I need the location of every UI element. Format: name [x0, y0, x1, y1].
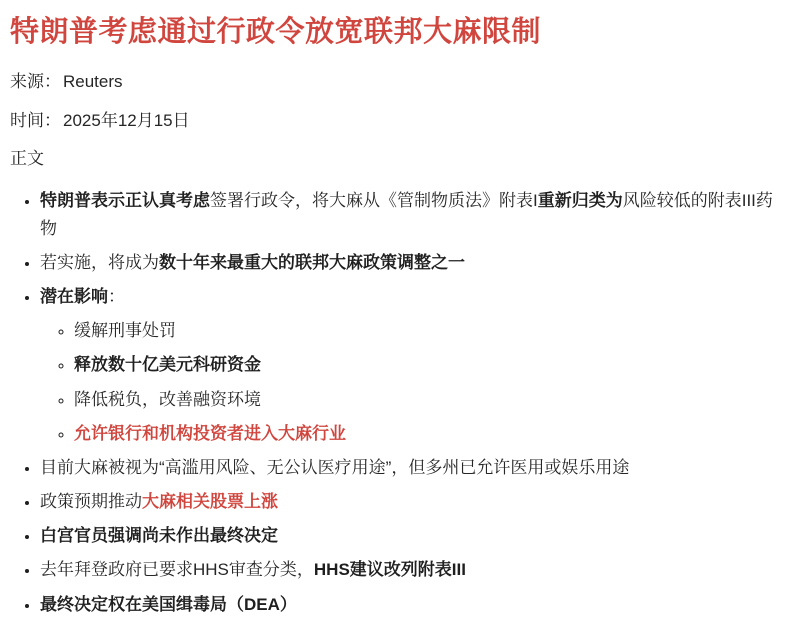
text-segment: 特朗普表示正认真考虑 [40, 191, 210, 210]
source-value: Reuters [63, 72, 123, 91]
list-item: 去年拜登政府已要求HHS审查分类，HHS建议改列附表III [40, 556, 788, 583]
text-segment: 数十年来最重大的联邦大麻政策调整之一 [159, 253, 465, 272]
list-item: 允许银行和机构投资者进入大麻行业 [74, 420, 788, 447]
date-value: 2025年12月15日 [63, 111, 190, 130]
list-item: 降低税负，改善融资环境 [74, 386, 788, 413]
article-bullet-list: 特朗普表示正认真考虑签署行政令，将大麻从《管制物质法》附表I重新归类为风险较低的… [10, 187, 788, 617]
list-item: 缓解刑事处罚 [74, 317, 788, 344]
body-section-label: 正文 [10, 149, 788, 169]
list-item: 潜在影响：缓解刑事处罚释放数十亿美元科研资金降低税负，改善融资环境允许银行和机构… [40, 283, 788, 447]
text-segment: 潜在影响 [40, 287, 108, 306]
sub-bullet-list: 缓解刑事处罚释放数十亿美元科研资金降低税负，改善融资环境允许银行和机构投资者进入… [40, 317, 788, 447]
text-segment: 降低税负，改善融资环境 [74, 390, 261, 409]
text-segment: 重新归类为 [538, 191, 623, 210]
list-item: 白宫官员强调尚未作出最终决定 [40, 522, 788, 549]
source-label: 来源： [10, 72, 61, 91]
text-segment: 签署行政令，将大麻从《管制物质法》附表I [210, 191, 538, 210]
list-item: 政策预期推动大麻相关股票上涨 [40, 488, 788, 515]
text-segment: 最终决定权在美国缉毒局（DEA） [40, 595, 297, 614]
text-segment: 大麻相关股票上涨 [142, 492, 278, 511]
text-segment: 若实施，将成为 [40, 253, 159, 272]
list-item: 目前大麻被视为“高滥用风险、无公认医疗用途”，但多州已允许医用或娱乐用途 [40, 454, 788, 481]
text-segment: 目前大麻被视为“高滥用风险、无公认医疗用途”，但多州已允许医用或娱乐用途 [40, 458, 629, 477]
source-line: 来源：Reuters [10, 72, 788, 92]
list-item: 最终决定权在美国缉毒局（DEA） [40, 591, 788, 618]
text-segment: 去年拜登政府已要求HHS审查分类， [40, 560, 314, 579]
date-label: 时间： [10, 111, 61, 130]
list-item: 释放数十亿美元科研资金 [74, 351, 788, 378]
text-segment: 释放数十亿美元科研资金 [74, 355, 261, 374]
text-segment: HHS建议改列附表III [314, 560, 466, 579]
list-item: 若实施，将成为数十年来最重大的联邦大麻政策调整之一 [40, 249, 788, 276]
list-item: 特朗普表示正认真考虑签署行政令，将大麻从《管制物质法》附表I重新归类为风险较低的… [40, 187, 788, 241]
page-title: 特朗普考虑通过行政令放宽联邦大麻限制 [10, 14, 788, 50]
text-segment: 缓解刑事处罚 [74, 321, 176, 340]
text-segment: 白宫官员强调尚未作出最终决定 [40, 526, 278, 545]
text-segment: 允许银行和机构投资者进入大麻行业 [74, 424, 346, 443]
text-segment: ： [108, 287, 125, 306]
date-line: 时间：2025年12月15日 [10, 111, 788, 131]
text-segment: 政策预期推动 [40, 492, 142, 511]
article-page: 特朗普考虑通过行政令放宽联邦大麻限制 来源：Reuters 时间：2025年12… [0, 0, 800, 635]
